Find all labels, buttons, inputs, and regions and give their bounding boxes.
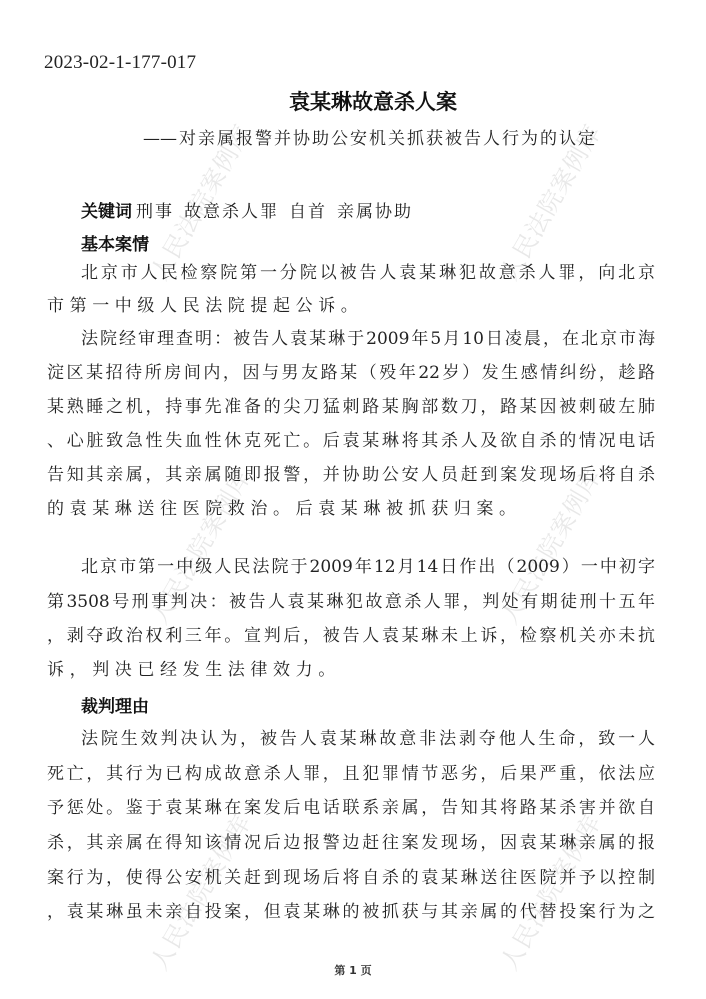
keyword: 刑事	[136, 202, 174, 222]
paragraph-line: 诉，判决已经发生法律效力。	[47, 658, 655, 682]
section-heading-reasoning: 裁判理由	[81, 692, 149, 717]
paragraph-line: 某熟睡之机，持事先准备的尖刀猛刺路某胸部数刀，路某因被刺破左肺	[47, 395, 655, 419]
case-number: 2023-02-1-177-017	[44, 52, 196, 74]
paragraph-line: 法院生效判决认为，被告人袁某琳故意非法剥夺他人生命，致一人	[81, 727, 655, 751]
section-heading-basic-facts: 基本案情	[81, 230, 149, 255]
document-page: 人民法院案例库 人民法院案例库 人民法院案例库 人民法院案例库 人民法院案例库 …	[0, 0, 706, 999]
paragraph-line: 市第一中级人民法院提起公诉。	[47, 294, 655, 318]
document-title: 袁某琳故意杀人案	[0, 86, 706, 116]
paragraph-line: 北京市人民检察院第一分院以被告人袁某琳犯故意杀人罪，向北京	[81, 261, 655, 285]
paragraph-line: ，剥夺政治权利三年。宣判后，被告人袁某琳未上诉，检察机关亦未抗	[47, 624, 655, 648]
keywords-label: 关键词	[81, 202, 132, 222]
paragraph-line: 淀区某招待所房间内，因与男友路某（殁年22岁）发生感情纠纷，趁路	[47, 361, 655, 385]
keywords-row: 关键词刑事故意杀人罪自首亲属协助	[81, 197, 423, 222]
paragraph-line: 予惩处。鉴于袁某琳在案发后电话联系亲属，告知其将路某杀害并欲自	[47, 796, 655, 820]
document-subtitle: ——对亲属报警并协助公安机关抓获被告人行为的认定	[143, 124, 595, 149]
keyword: 自首	[289, 202, 327, 222]
keywords-list: 刑事故意杀人罪自首亲属协助	[136, 202, 423, 222]
keyword: 亲属协助	[337, 202, 413, 222]
paragraph-line: 告知其亲属，其亲属随即报警，并协助公安人员赶到案发现场后将自杀	[47, 463, 655, 487]
paragraph-line: 、心脏致急性失血性休克死亡。后袁某琳将其杀人及欲自杀的情况电话	[47, 429, 655, 453]
paragraph-line: 死亡，其行为已构成故意杀人罪，且犯罪情节恶劣，后果严重，依法应	[47, 762, 655, 786]
keyword: 故意杀人罪	[184, 202, 279, 222]
paragraph-line: 北京市第一中级人民法院于2009年12月14日作出（2009）一中初字	[81, 555, 655, 579]
paragraph-line: ，袁某琳虽未亲自投案，但袁某琳的被抓获与其亲属的代替投案行为之	[47, 900, 655, 924]
paragraph-line: 第3508号刑事判决：被告人袁某琳犯故意杀人罪，判处有期徒刑十五年	[47, 590, 655, 614]
paragraph-line: 杀，其亲属在得知该情况后边报警边赶往案发现场，因袁某琳亲属的报	[47, 831, 655, 855]
paragraph-line: 法院经审理查明：被告人袁某琳于2009年5月10日凌晨，在北京市海	[81, 327, 655, 351]
page-number: 第 1 页	[0, 962, 706, 978]
paragraph-line: 案行为，使得公安机关赶到现场后将自杀的袁某琳送往医院并予以控制	[47, 866, 655, 890]
paragraph-line: 的袁某琳送往医院救治。后袁某琳被抓获归案。	[47, 497, 655, 521]
